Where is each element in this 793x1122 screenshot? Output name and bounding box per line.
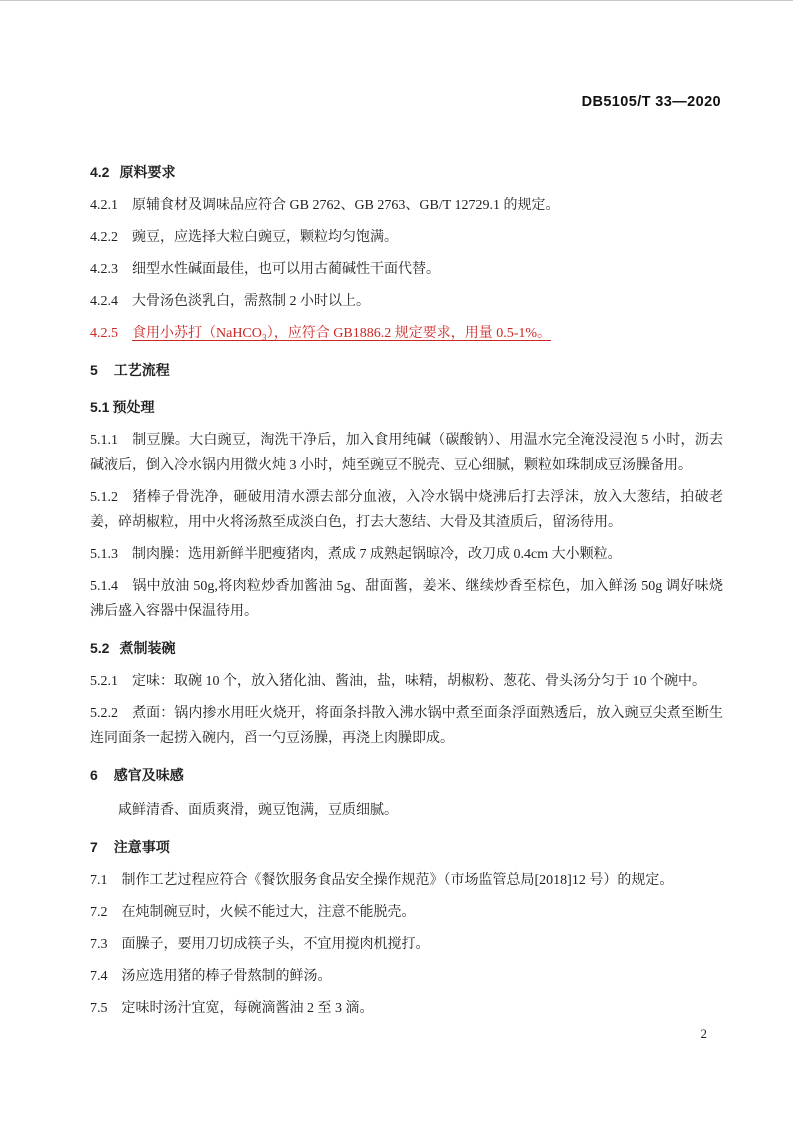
standard-number-header: DB5105/T 33—2020 [582, 94, 721, 110]
clause-number: 4.2.1 [90, 198, 118, 213]
scan-edge-line [0, 0, 793, 1]
clause-text: 锅中放油 50g,将肉粒炒香加酱油 5g、甜面酱，姜米、继续炒香至棕色，加入鲜汤… [90, 579, 723, 619]
clause-text: 制豆臊。大白豌豆，淘洗干净后，加入食用纯碱（碳酸钠）、用温水完全淹没浸泡 5 小… [90, 433, 723, 473]
clause-4-2-5-red-underlined: 4.2.5食用小苏打（NaHCO₃），应符合 GB1886.2 规定要求，用量 … [90, 321, 723, 346]
heading-5-1: 5.1预处理 [90, 395, 723, 420]
clause-7-4: 7.4汤应选用猪的棒子骨熬制的鲜汤。 [90, 964, 723, 989]
clause-text: 猪棒子骨洗净，砸破用清水漂去部分血液，入冷水锅中烧沸后打去浮沫，放入大葱结，拍破… [90, 490, 723, 530]
heading-5-2: 5.2煮制装碗 [90, 636, 723, 661]
clause-number: 7.5 [90, 1001, 108, 1016]
section-number: 4.2 [90, 164, 109, 180]
clause-text: 细型水性碱面最佳，也可以用古蔺碱性干面代替。 [132, 262, 440, 277]
clause-text: 原辅食材及调味品应符合 GB 2762、GB 2763、GB/T 12729.1… [132, 198, 560, 213]
heading-5: 5工艺流程 [90, 358, 723, 383]
clause-5-1-1: 5.1.1制豆臊。大白豌豆，淘洗干净后，加入食用纯碱（碳酸钠）、用温水完全淹没浸… [90, 428, 723, 478]
clause-text: 制作工艺过程应符合《餐饮服务食品安全操作规范》（市场监管总局[2018]12 号… [122, 873, 674, 888]
clause-text: 咸鲜清香、面质爽滑，豌豆饱满，豆质细腻。 [118, 803, 398, 818]
section-number: 6 [90, 767, 98, 783]
clause-7-2: 7.2在炖制碗豆时，火候不能过大，注意不能脱壳。 [90, 900, 723, 925]
clause-text: 大骨汤色淡乳白，需熬制 2 小时以上。 [132, 294, 370, 309]
clause-number: 4.2.2 [90, 230, 118, 245]
clause-7-3: 7.3面臊子，要用刀切成筷子头，不宜用搅肉机搅打。 [90, 932, 723, 957]
clause-4-2-2: 4.2.2豌豆，应选择大粒白豌豆，颗粒均匀饱满。 [90, 225, 723, 250]
clause-text: 定味：取碗 10 个，放入猪化油、酱油，盐，味精，胡椒粉、葱花、骨头汤分匀于 1… [132, 674, 706, 689]
page-number: 2 [701, 1026, 708, 1042]
clause-number: 5.1.4 [90, 579, 118, 594]
clause-number: 5.2.2 [90, 706, 118, 721]
clause-7-5: 7.5定味时汤汁宜宽，每碗滴酱油 2 至 3 滴。 [90, 996, 723, 1021]
clause-5-2-1: 5.2.1定味：取碗 10 个，放入猪化油、酱油，盐，味精，胡椒粉、葱花、骨头汤… [90, 669, 723, 694]
clause-number: 5.1.1 [90, 433, 118, 448]
document-page: DB5105/T 33—2020 4.2原料要求 4.2.1原辅食材及调味品应符… [0, 0, 793, 1122]
clause-number: 7.4 [90, 969, 108, 984]
section-number: 5 [90, 362, 98, 378]
heading-4-2: 4.2原料要求 [90, 160, 723, 185]
clause-5-2-2: 5.2.2煮面：锅内掺水用旺火烧开，将面条抖散入沸水锅中煮至面条浮面熟透后，放入… [90, 701, 723, 751]
section-title: 工艺流程 [114, 362, 170, 378]
section-number: 5.2 [90, 640, 109, 656]
clause-text: 汤应选用猪的棒子骨熬制的鲜汤。 [122, 969, 332, 984]
clause-text: 制肉臊：选用新鲜半肥瘦猪肉，煮成 7 成熟起锅晾冷，改刀成 0.4cm 大小颗粒… [132, 547, 622, 562]
clause-number: 7.1 [90, 873, 108, 888]
clause-number: 5.1.2 [90, 490, 118, 505]
clause-number: 4.2.3 [90, 262, 118, 277]
section-title: 注意事项 [114, 839, 170, 855]
clause-number: 7.2 [90, 905, 108, 920]
section-number: 7 [90, 839, 98, 855]
clause-4-2-3: 4.2.3细型水性碱面最佳，也可以用古蔺碱性干面代替。 [90, 257, 723, 282]
clause-5-1-3: 5.1.3制肉臊：选用新鲜半肥瘦猪肉，煮成 7 成熟起锅晾冷，改刀成 0.4cm… [90, 542, 723, 567]
section-title: 煮制装碗 [119, 640, 175, 656]
section-number: 5.1 [90, 399, 109, 415]
clause-text: 食用小苏打（NaHCO₃），应符合 GB1886.2 规定要求，用量 0.5-1… [132, 326, 551, 341]
clause-4-2-1: 4.2.1原辅食材及调味品应符合 GB 2762、GB 2763、GB/T 12… [90, 193, 723, 218]
clause-text: 在炖制碗豆时，火候不能过大，注意不能脱壳。 [122, 905, 416, 920]
clause-5-1-4: 5.1.4锅中放油 50g,将肉粒炒香加酱油 5g、甜面酱，姜米、继续炒香至棕色… [90, 574, 723, 624]
clause-text: 定味时汤汁宜宽，每碗滴酱油 2 至 3 滴。 [122, 1001, 374, 1016]
clause-number: 5.2.1 [90, 674, 118, 689]
sensory-description: 咸鲜清香、面质爽滑，豌豆饱满，豆质细腻。 [90, 798, 723, 823]
document-body: 4.2原料要求 4.2.1原辅食材及调味品应符合 GB 2762、GB 2763… [90, 160, 723, 1028]
heading-7: 7注意事项 [90, 835, 723, 860]
clause-number: 7.3 [90, 937, 108, 952]
clause-text: 煮面：锅内掺水用旺火烧开，将面条抖散入沸水锅中煮至面条浮面熟透后，放入豌豆尖煮至… [90, 706, 723, 746]
clause-number: 5.1.3 [90, 547, 118, 562]
clause-text: 面臊子，要用刀切成筷子头，不宜用搅肉机搅打。 [122, 937, 430, 952]
heading-6: 6感官及味感 [90, 763, 723, 788]
section-title: 原料要求 [119, 164, 175, 180]
clause-number: 4.2.5 [90, 326, 118, 341]
clause-number: 4.2.4 [90, 294, 118, 309]
section-title: 预处理 [112, 399, 154, 415]
clause-4-2-4: 4.2.4大骨汤色淡乳白，需熬制 2 小时以上。 [90, 289, 723, 314]
section-title: 感官及味感 [114, 767, 184, 783]
clause-text: 豌豆，应选择大粒白豌豆，颗粒均匀饱满。 [132, 230, 398, 245]
clause-5-1-2: 5.1.2猪棒子骨洗净，砸破用清水漂去部分血液，入冷水锅中烧沸后打去浮沫，放入大… [90, 485, 723, 535]
clause-7-1: 7.1制作工艺过程应符合《餐饮服务食品安全操作规范》（市场监管总局[2018]1… [90, 868, 723, 893]
